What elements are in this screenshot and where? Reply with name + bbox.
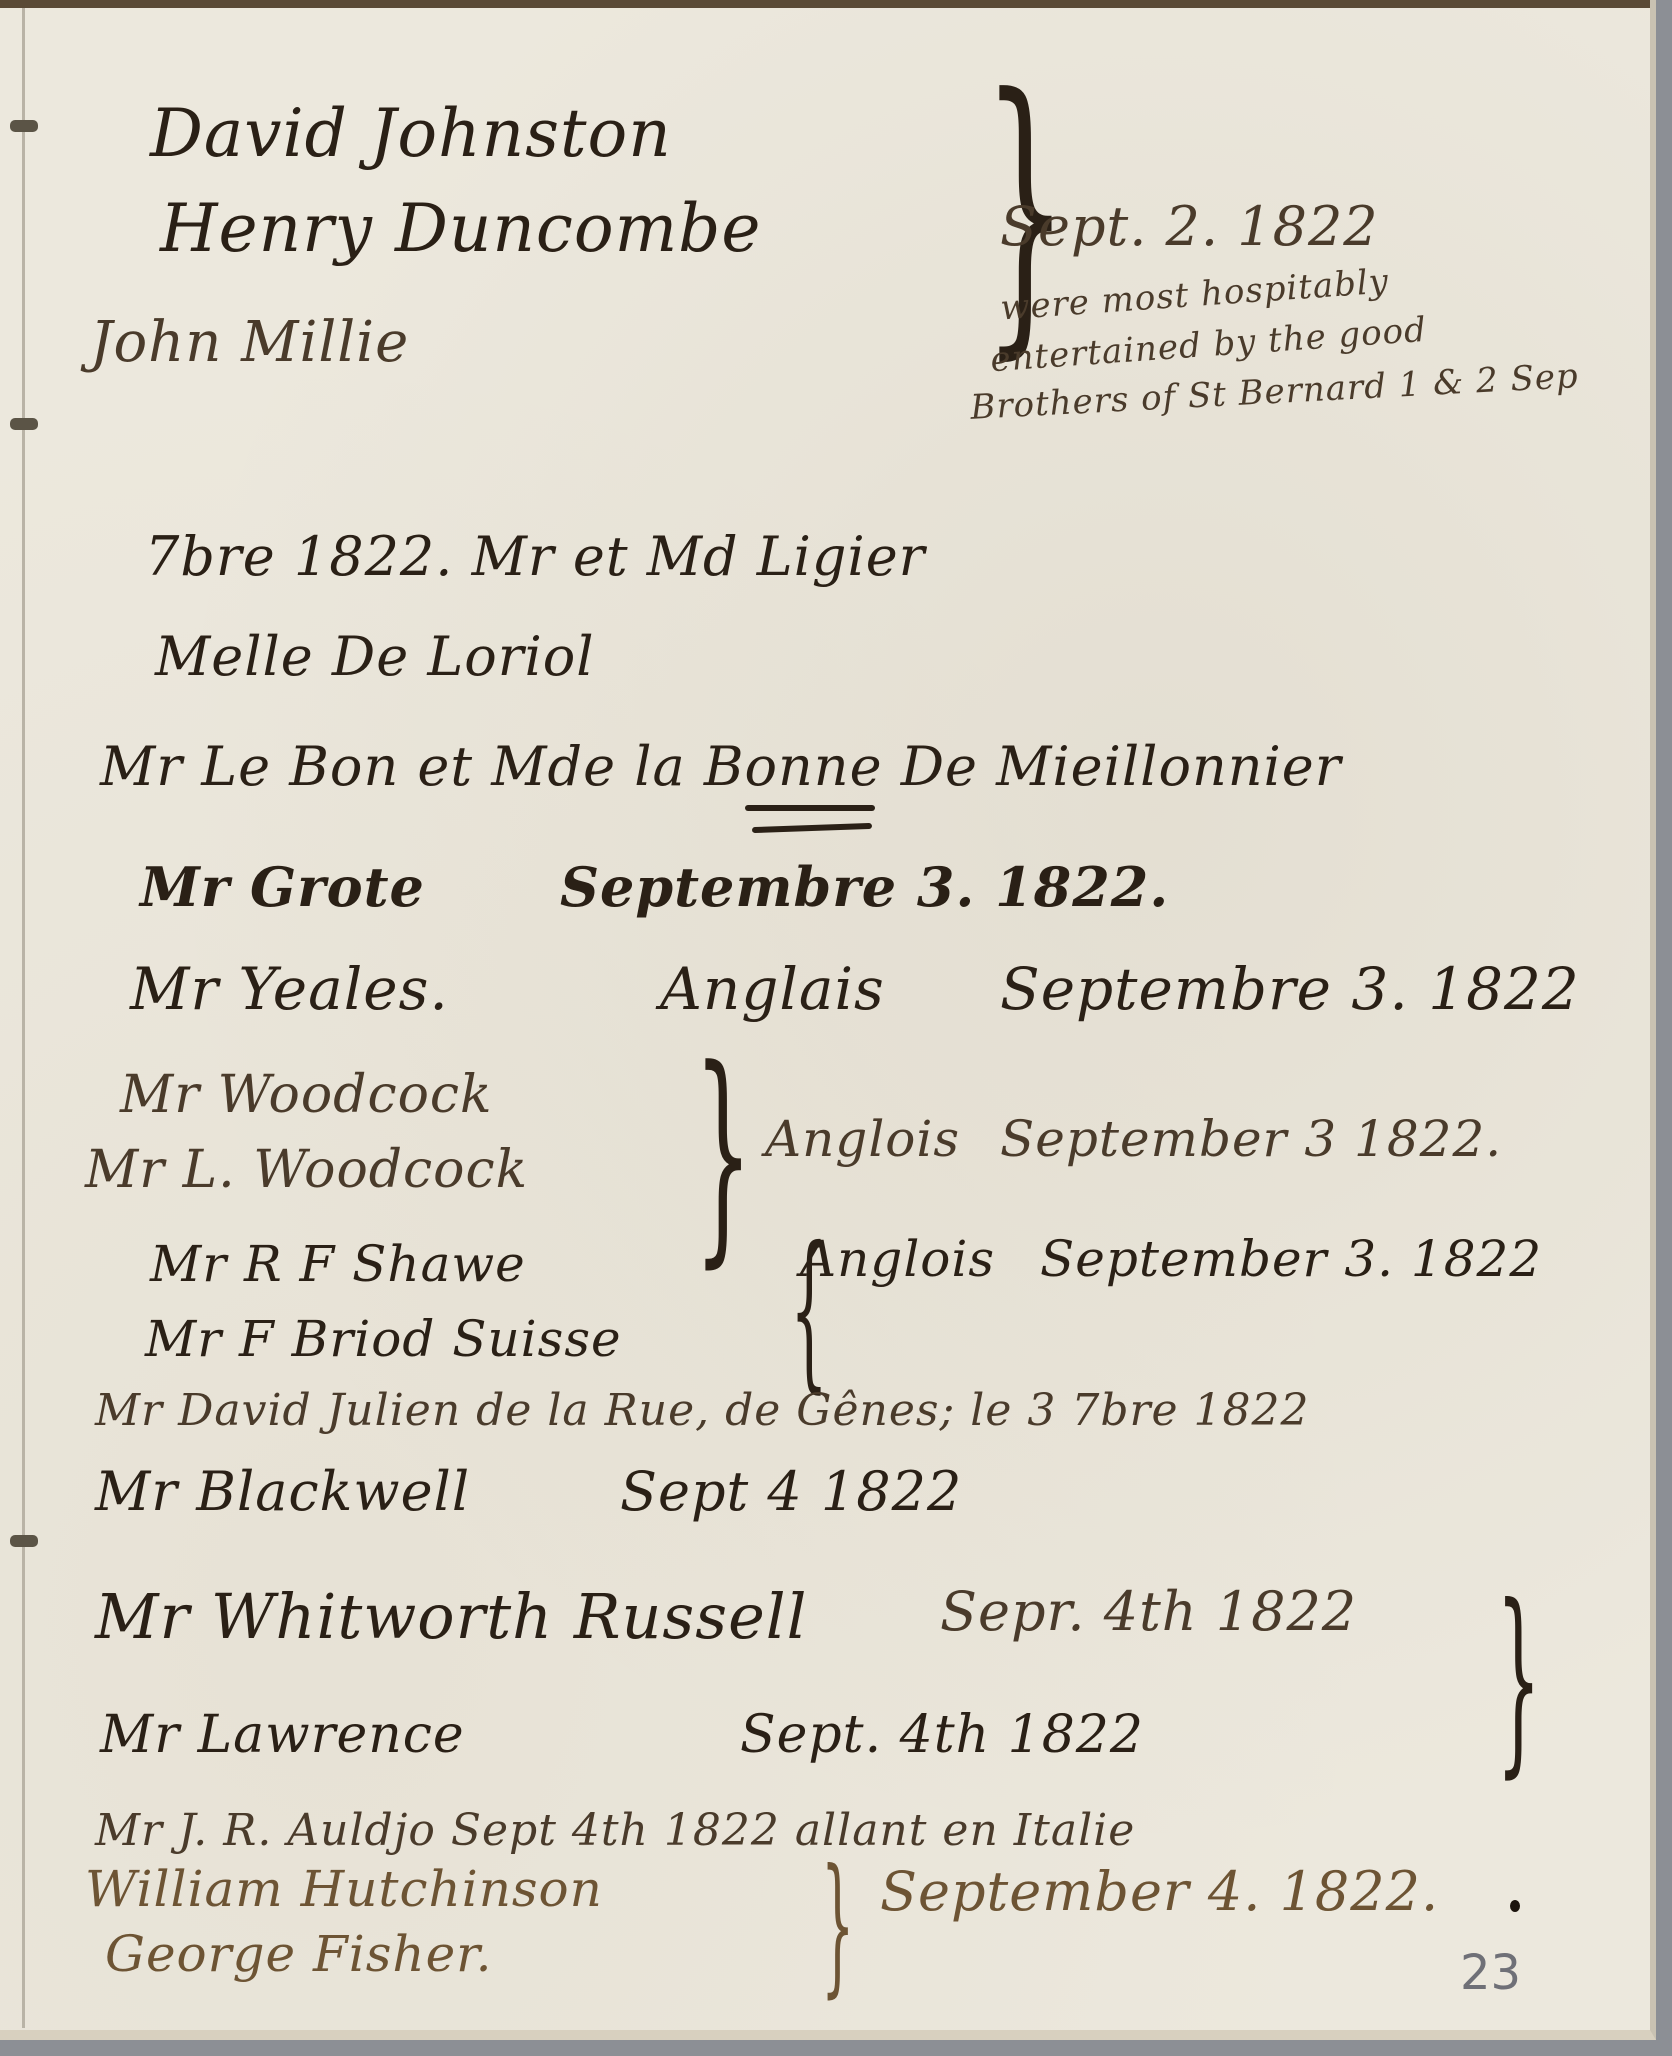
signature: Mr R F Shawe (150, 1235, 526, 1293)
nationality: Anglois (765, 1110, 960, 1168)
signature: Mr F Briod Suisse (145, 1310, 622, 1368)
register-line: Mr J. R. Auldjo Sept 4th 1822 allant en … (95, 1805, 1135, 1856)
entry-date: Septembre 3. 1822. (560, 855, 1169, 919)
grouping-brace: } (694, 1040, 753, 1270)
double-rule-top (745, 805, 875, 811)
signature: Mr L. Woodcock (85, 1140, 528, 1200)
signature: George Fisher. (105, 1925, 492, 1983)
double-rule-bottom (752, 823, 872, 833)
register-line: Mr Le Bon et Mde la Bonne De Mieillonnie… (100, 735, 1342, 798)
entry-date: September 3 1822. (1000, 1110, 1502, 1168)
signature: John Millie (90, 310, 409, 375)
binding-stitch (10, 120, 38, 132)
entry-date: September 4. 1822. (880, 1860, 1439, 1923)
grouping-brace: } (1496, 1580, 1541, 1780)
entry-date: September 3. 1822 (1040, 1230, 1542, 1288)
binding-stitch (10, 418, 38, 430)
signature: Henry Duncombe (160, 190, 761, 267)
nationality: Anglais (660, 955, 885, 1023)
entry-date: Sept. 2. 1822 (1000, 195, 1379, 258)
ink-dot (1510, 1900, 1520, 1912)
entry-date: Sept 4 1822 (620, 1460, 962, 1523)
signature: Mr Yeales. (130, 955, 449, 1023)
register-line: Melle De Loriol (155, 625, 595, 688)
entry-date: Septembre 3. 1822 (1000, 955, 1580, 1023)
grouping-brace: } (821, 1850, 854, 2000)
entry-date: Sepr. 4th 1822 (940, 1580, 1357, 1643)
page-number: 23 (1460, 1945, 1521, 2001)
nationality: Anglois (800, 1230, 995, 1288)
signature: David Johnston (150, 95, 672, 172)
entry-date: Sept. 4th 1822 (740, 1705, 1144, 1765)
binding-thread (22, 8, 25, 2028)
signature: William Hutchinson (85, 1860, 603, 1918)
signature: Mr Grote (140, 855, 425, 919)
signature: Mr Woodcock (120, 1065, 493, 1125)
register-line: 7bre 1822. Mr et Md Ligier (145, 525, 925, 588)
signature: Mr Blackwell (95, 1460, 470, 1523)
manuscript-page: David Johnston Henry Duncombe John Milli… (0, 0, 1656, 2040)
signature: Mr Whitworth Russell (95, 1580, 807, 1653)
signature: Mr Lawrence (100, 1705, 465, 1765)
register-line: Mr David Julien de la Rue, de Gênes; le … (95, 1385, 1310, 1436)
binding-stitch (10, 1535, 38, 1547)
